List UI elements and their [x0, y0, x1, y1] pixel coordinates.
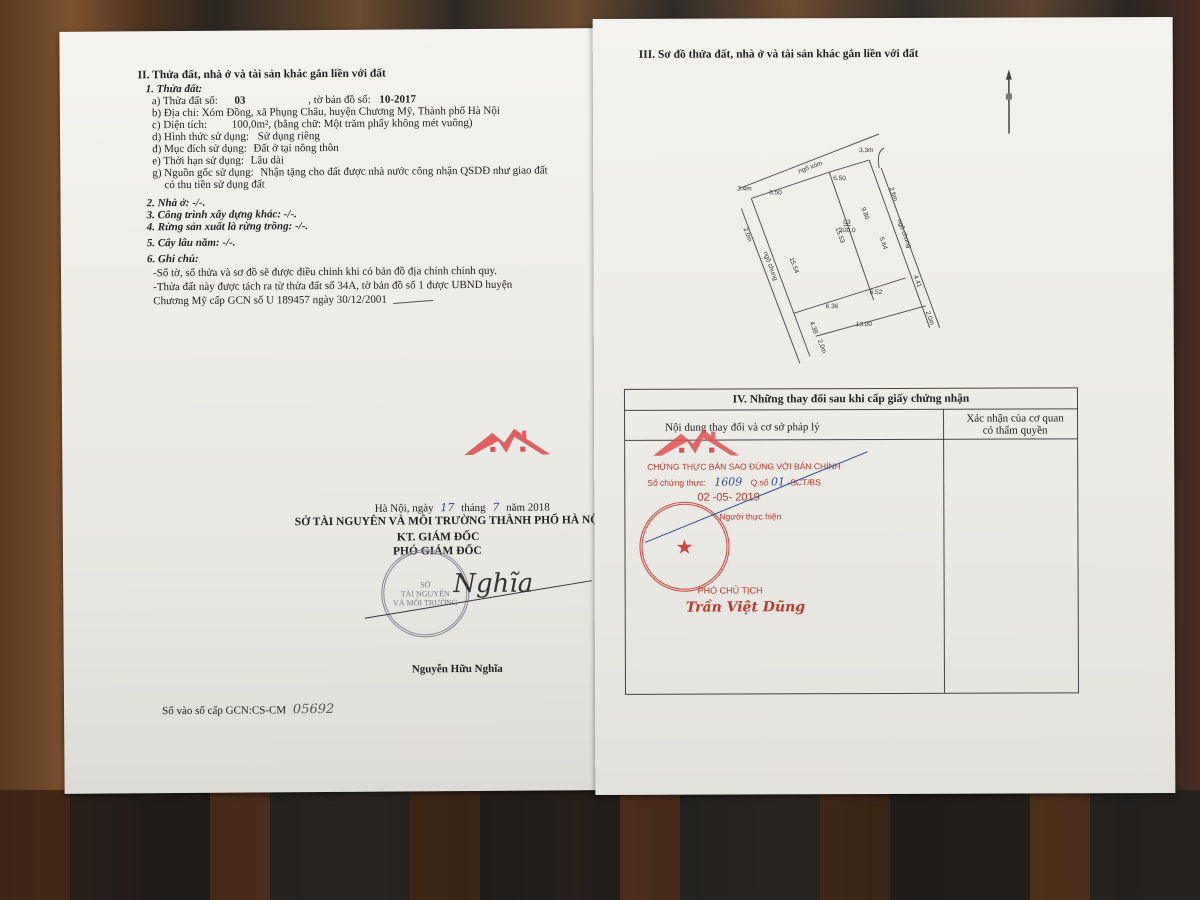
certificate-right-page: III. Sơ đồ thửa đất, nhà ở và tài sản kh… [593, 17, 1176, 795]
director-signature: Nghĩa [453, 569, 533, 600]
origin-label: g) Nguồn gốc sử dụng: [152, 167, 253, 180]
plot-label: 3.4m [737, 185, 751, 192]
date-prefix: Hà Nội, ngày [375, 502, 434, 514]
plot-label: 5.64 [878, 236, 889, 251]
certifier-title: PHÓ CHỦ TỊCH [698, 585, 763, 595]
purpose-value: Đất ở tại nông thôn [253, 142, 338, 155]
col2-line1: Xác nhận của cơ quan [955, 412, 1075, 424]
area-label: c) Diện tích: [152, 119, 207, 131]
certifier-name: Trần Việt Dũng [686, 599, 805, 615]
book-label: Q.số [751, 477, 769, 487]
seal-text-1: SỞ [420, 580, 430, 589]
registry-number: 05692 [293, 702, 334, 717]
certification-heading: CHỨNG THỰC BẢN SAO ĐÚNG VỚI BẢN CHÍNH [647, 461, 841, 472]
usage-form-label: d) Hình thức sử dụng: [152, 131, 249, 144]
registry-row: Số vào sổ cấp GCN:CS-CM 05692 [162, 702, 334, 718]
certification-number-row: Số chứng thực: 1609 Q.số 01 -SCT/BS [647, 475, 821, 489]
purpose-label: đ) Mục đích sử dụng: [152, 143, 247, 156]
certificate-left-page: II. Thửa đất, nhà ở và tài sản khác gắn … [59, 28, 600, 794]
plot-label: ngõ xóm [797, 160, 823, 175]
commune-seal: ★ [639, 502, 729, 592]
land-parcel-heading: 1. Thửa đất: [146, 83, 202, 95]
plot-label: 3.3m [859, 147, 873, 154]
perennial-trees-item: 5. Cây lâu năm: -/-. [147, 237, 236, 250]
seal-text-3: VÀ MÔI TRƯỜNG [393, 598, 458, 607]
plot-label: 15.54 [788, 257, 800, 275]
notes-heading: 6. Ghi chú: [147, 253, 199, 265]
certification-date: 02 -05- 2019 [697, 491, 759, 503]
north-arrow-icon [999, 68, 1019, 138]
issue-date: Hà Nội, ngày 17 tháng 7 năm 2018 [375, 500, 550, 514]
plot-parcel-number: 03 [843, 219, 851, 226]
origin-value: Nhận tặng cho đất được nhà nước công nhậ… [260, 164, 547, 178]
column-header-confirmation: Xác nhận của cơ quan có thẩm quyền [955, 412, 1075, 436]
house-item: 2. Nhà ở: -/-. [147, 197, 206, 209]
section-ii-title: II. Thửa đất, nhà ở và tài sản khác gắn … [138, 68, 386, 82]
plot-label: 2.0m [742, 227, 754, 243]
table-divider [625, 408, 1077, 411]
table-column-divider [943, 409, 945, 693]
certification-number: 1609 [714, 475, 742, 488]
handwritten-mark [394, 300, 434, 304]
registry-label: Số vào sổ cấp GCN:CS-CM [162, 704, 286, 717]
table-background [0, 790, 1200, 900]
plot-label: ngõ chung [895, 218, 912, 249]
origin-row: g) Nguồn gốc sử dụng: Nhận tặng cho đất … [152, 164, 547, 179]
term-value: Lâu dài [251, 154, 284, 166]
map-sheet-label: , tờ bản đồ số: [308, 94, 370, 106]
note-1: -Số tờ, số thửa và sơ đồ sẽ được điều ch… [153, 265, 497, 279]
usage-form-value: Sử dụng riêng [258, 130, 320, 142]
date-month: 7 [492, 501, 499, 514]
production-forest-item: 4. Rừng sản xuất là rừng trồng: -/-. [147, 220, 309, 233]
house-watermark-icon [651, 425, 741, 459]
plot-label: 6.50 [769, 189, 782, 196]
term-row: e) Thời hạn sử dụng: Lâu dài [152, 154, 284, 167]
plot-label: 4.38 [808, 321, 819, 336]
area-row: c) Diện tích: 100,0m², (bằng chữ: Một tr… [152, 117, 473, 131]
date-month-label: tháng [461, 502, 486, 514]
plot-area: 100.0 [839, 227, 856, 234]
parcel-number: 03 [234, 95, 245, 107]
plot-label: 2.6m [887, 186, 899, 202]
plot-label: 13.00 [856, 321, 873, 328]
changes-table-title: IV. Những thay đổi sau khi cấp giấy chứn… [625, 392, 1077, 406]
land-plot-diagram: 3.4m ngõ xóm 3.3m 6.50 6.50 9.80 15.53 1… [729, 128, 960, 369]
origin-continuation: có thu tiền sử dụng đất [164, 178, 264, 191]
plot-label: 6.52 [870, 289, 883, 296]
plot-label: 6.50 [833, 175, 846, 182]
plot-label: 6.36 [826, 303, 839, 310]
changes-table: IV. Những thay đổi sau khi cấp giấy chứn… [624, 387, 1079, 695]
parcel-number-label: a) Thửa đất số: [152, 95, 218, 107]
term-label: e) Thời hạn sử dụng: [152, 155, 244, 168]
house-watermark-icon [462, 424, 552, 459]
address-label: b) Địa chỉ: [152, 107, 199, 119]
note-2: -Thửa đất này được tách ra từ thửa đất s… [153, 279, 512, 294]
issuing-authority: SỞ TÀI NGUYÊN VÀ MÔI TRƯỜNG THÀNH PHỐ HÀ… [295, 514, 604, 528]
col2-line2: có thẩm quyền [955, 424, 1075, 436]
seal-text-2: TÀI NGUYÊN [401, 589, 450, 598]
area-value: 100,0m², (bằng chữ: Một trăm phẩy không … [232, 117, 473, 131]
signer-name: Nguyễn Hữu Nghĩa [412, 663, 503, 676]
section-iii-title: III. Sơ đồ thửa đất, nhà ở và tài sản kh… [639, 48, 919, 61]
plot-label: 9.80 [859, 206, 870, 221]
other-construction-item: 3. Công trình xây dựng khác: -/-. [147, 208, 297, 221]
purpose-row: đ) Mục đích sử dụng: Đất ở tại nông thôn [152, 142, 339, 155]
date-day: 17 [440, 501, 454, 514]
map-sheet-number: 10-2017 [379, 93, 416, 105]
certification-number-label: Số chứng thực: [647, 478, 706, 488]
note-3-text: Chương Mỹ cấp GCN số U 189457 ngày 30/12… [153, 294, 387, 308]
plot-label: 2.0m [816, 339, 828, 355]
certification-performer: Người thực hiện [719, 511, 781, 521]
on-behalf-of: KT. GIÁM ĐỐC [397, 531, 480, 544]
date-year: năm 2018 [506, 501, 550, 513]
note-3: Chương Mỹ cấp GCN số U 189457 ngày 30/12… [153, 293, 433, 307]
